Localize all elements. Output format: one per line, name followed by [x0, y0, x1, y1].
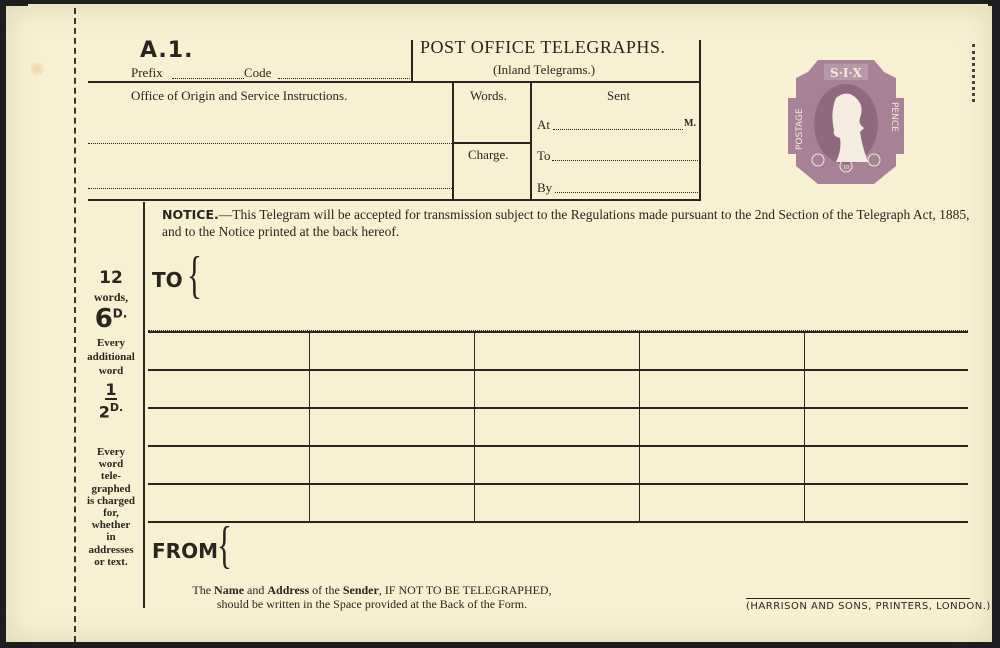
header-bottom-rule: [88, 199, 701, 201]
from-field[interactable]: [240, 524, 840, 578]
additional-price: 1 2D.: [80, 382, 142, 420]
charge-note-line: in: [80, 531, 142, 543]
sender-note-line2: should be written in the Space provided …: [152, 597, 592, 611]
sender-note-text: The: [192, 583, 214, 597]
origin-field-1[interactable]: [88, 143, 452, 144]
notice-body: —This Telegram will be accepted for tran…: [162, 207, 970, 239]
paper-stain: [30, 62, 44, 76]
sender-note-bold: Name: [214, 583, 244, 597]
rate-base-price: 6D.: [80, 304, 142, 334]
words-label: Words.: [470, 88, 507, 104]
m-label: M.: [684, 118, 696, 129]
form-id: A.1.: [140, 38, 193, 63]
from-brace: {: [217, 516, 232, 575]
from-label: FROM: [152, 539, 218, 563]
code-field[interactable]: [278, 78, 410, 79]
to-sent-label: To: [537, 148, 551, 164]
svg-text:PENCE: PENCE: [889, 102, 899, 132]
prefix-label: Prefix: [131, 65, 163, 81]
charge-label: Charge.: [468, 147, 509, 163]
svg-text:S·I·X: S·I·X: [830, 66, 863, 80]
sender-note-bold: Address: [267, 583, 309, 597]
by-field[interactable]: [555, 192, 698, 193]
fraction-numerator: 1: [80, 382, 142, 398]
notice-keyword: NOTICE.: [162, 207, 219, 222]
origin-field-2[interactable]: [88, 188, 452, 189]
svg-text:POSTAGE: POSTAGE: [795, 108, 805, 150]
base-price-value: 6: [95, 304, 113, 334]
page-title: POST OFFICE TELEGRAPHS.: [420, 37, 665, 58]
additional-unit: D.: [110, 401, 123, 414]
to-brace: {: [187, 246, 202, 305]
at-field[interactable]: [553, 129, 683, 130]
left-margin-rule: [143, 202, 145, 608]
rate-words-label: words,: [80, 290, 142, 305]
title-divider-right: [699, 40, 701, 200]
at-label: At: [537, 117, 550, 133]
to-sent-field[interactable]: [552, 160, 698, 161]
svg-text:10: 10: [843, 165, 849, 171]
perforation-line: [74, 8, 76, 642]
additional-word-label: Every additional word: [80, 336, 142, 378]
sender-note-bold: Sender: [343, 583, 379, 597]
rate-base-words: 12: [80, 268, 142, 288]
origin-label: Office of Origin and Service Instruction…: [131, 88, 347, 104]
header-rule: [88, 81, 701, 83]
page-subtitle: (Inland Telegrams.): [493, 62, 595, 78]
charge-note-line: graphed: [80, 483, 142, 495]
title-divider-left: [411, 40, 413, 82]
charge-note-line: is charged: [80, 495, 142, 507]
charge-note-line: addresses: [80, 544, 142, 556]
to-label: TO: [152, 268, 183, 292]
embossed-stamp-icon: S·I·X POSTAGE PENCE 10: [788, 58, 904, 186]
grid-row-line: [148, 521, 968, 523]
charge-note-line: or text.: [80, 556, 142, 568]
sender-note-text: and: [244, 583, 267, 597]
charge-note-line: word: [80, 458, 142, 470]
fraction-denominator: 2: [99, 402, 110, 421]
sender-note: The Name and Address of the Sender, IF N…: [152, 583, 592, 611]
charge-note-line: for,: [80, 507, 142, 519]
additional-line-2: additional: [80, 350, 142, 364]
notice-text: NOTICE.—This Telegram will be accepted f…: [162, 206, 982, 240]
charge-note: Every word tele- graphed is charged for,…: [80, 446, 142, 568]
sent-label: Sent: [607, 88, 630, 104]
printer-imprint: (HARRISON AND SONS, PRINTERS, LONDON.): [746, 601, 991, 612]
additional-line-1: Every: [80, 336, 142, 350]
edge-marking: [972, 44, 981, 102]
words-charge-rule: [452, 142, 530, 144]
prefix-field[interactable]: [172, 78, 244, 79]
charge-note-line: tele-: [80, 470, 142, 482]
message-grid[interactable]: [148, 332, 968, 521]
sender-note-text: , IF NOT TO BE TELEGRAPHED,: [379, 583, 552, 597]
code-label: Code: [244, 65, 271, 81]
additional-line-3: word: [80, 364, 142, 378]
sender-note-text: of the: [309, 583, 343, 597]
base-price-unit: D.: [113, 306, 128, 320]
charge-note-line: Every: [80, 446, 142, 458]
sent-divider: [530, 82, 532, 200]
words-divider: [452, 82, 454, 200]
charge-note-line: whether: [80, 519, 142, 531]
by-label: By: [537, 180, 552, 196]
printer-rule: [746, 598, 970, 599]
